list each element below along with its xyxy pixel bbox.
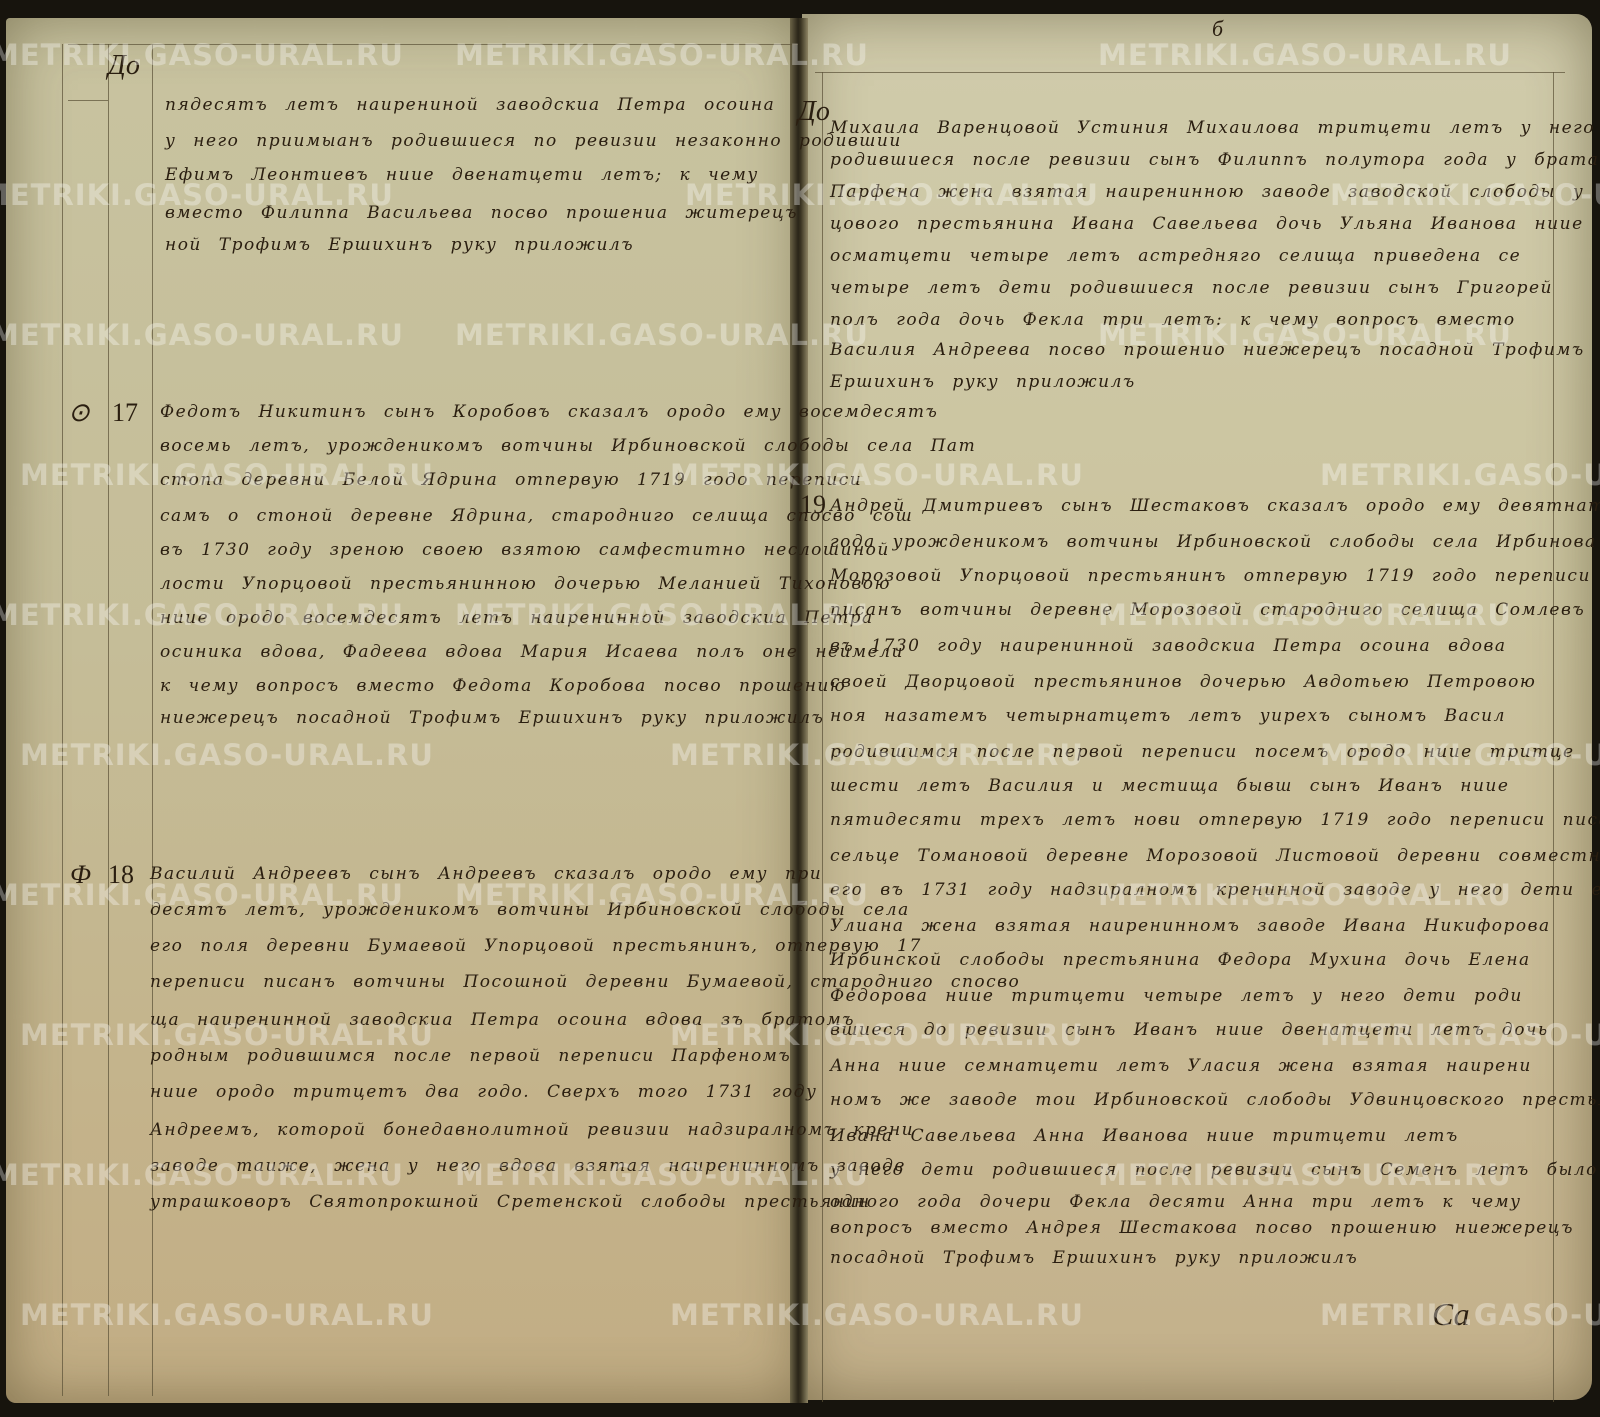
text-line: Улиана жена взятая наиренинномъ заводе И… [830,916,1551,936]
text-line: Парфена жена взятая наиренинною заводе з… [830,182,1600,202]
text-line: осиника вдова, Фадеева вдова Мария Исаев… [160,642,904,662]
entry-17-number: 17 [112,398,138,428]
text-line: года урожденикомъ вотчины Ирбиновской сл… [830,532,1600,552]
text-line: родившиеся после ревизии сынъ Филиппъ по… [830,150,1600,170]
text-line: восемь летъ, урожденикомъ вотчины Ирбино… [160,436,976,456]
text-line: посадной Трофимъ Ершихинъ руку приложилъ [830,1248,1358,1268]
text-line: родным родившимся после первой переписи … [150,1046,791,1066]
entry-18-margin-mark: Ф [70,860,91,890]
text-line: лости Упорцовой престьянинною дочерью Ме… [160,574,891,594]
left-inner-margin-rule [108,44,109,1396]
text-line: утрашковоръ Святопрокшной Сретенской сло… [150,1192,871,1212]
text-line: пядесятъ летъ наирениной заводскиа Петра… [165,95,775,115]
text-line: к чему вопросъ вместо Федота Коробова по… [160,676,846,696]
signature: Са [1432,1296,1470,1333]
right-outer-rule [1553,72,1554,1402]
entry-17-margin-mark: ⊙ [68,398,90,428]
text-line: вместо Филиппа Васильева посво прошениа … [165,203,798,223]
text-line: родившимся после первой переписи посемъ … [830,742,1575,762]
text-line: Ивана Савельева Анна Иванова ниие тритце… [830,1126,1459,1146]
text-line: Михаила Варенцовой Устиния Михаилова три… [830,118,1595,138]
text-line: полъ года дочь Фекла три летъ: к чему во… [830,310,1516,330]
left-top-rule [68,44,798,45]
text-line: ноя назатемъ четырнатцетъ летъ уирехъ сы… [830,706,1506,726]
right-top-rule [815,72,1565,73]
text-line: ной Трофимъ Ершихинъ руку приложилъ [165,235,634,255]
entry-19-number: 19 [800,490,826,520]
text-line: у него дети родившиеся после ревизии сын… [830,1160,1598,1180]
text-line: номъ же заводе тои Ирбиновской слободы У… [830,1090,1600,1110]
text-line: его въ 1731 году надзиралномъ кренинной … [830,880,1600,900]
text-line: четыре летъ дети родившиеся после ревизи… [830,278,1553,298]
text-line: шести летъ Василия и местища бывш сынъ И… [830,776,1509,796]
text-line: десятъ летъ, урожденикомъ вотчины Ирбино… [150,900,910,920]
text-line: осматцети четыре летъ астредняго селища … [830,246,1521,266]
right-header-mark: До [798,96,830,128]
right-corner-mark: б [1212,16,1223,42]
text-line: Федотъ Никитинъ сынъ Коробовъ сказалъ ор… [160,402,938,422]
text-line: ща наиренинной заводскиа Петра осоина вд… [150,1010,855,1030]
entry-18-number: 18 [108,860,134,890]
left-header-mark: До [108,50,140,82]
left-header-box-rule [68,100,108,101]
text-line: его поля деревни Бумаевой Упорцовой прес… [150,936,922,956]
text-line: вшиеся до ревизии сынъ Иванъ ниие двенат… [830,1020,1549,1040]
text-line: Морозовой Упорцовой престьянинъ отпервую… [830,566,1591,586]
text-line: Ирбинской слободы престьянина Федора Мух… [830,950,1531,970]
text-line: ниие ородо тритцетъ два годо. Сверхъ тог… [150,1082,817,1102]
text-line: ниие ородо восемдесятъ летъ наиренинной … [160,608,874,628]
text-line: Василий Андреевъ сынъ Андреевъ сказалъ о… [150,864,822,884]
text-line: у него приимыанъ родившиеся по ревизии н… [165,131,902,151]
text-line: одного года дочери Фекла десяти Анна три… [830,1192,1522,1212]
text-line: цового престьянина Ивана Савельева дочь … [830,214,1584,234]
text-line: сельце Томановой деревне Морозовой Листо… [830,846,1600,866]
text-line: Ефимъ Леонтиевъ ниие двенатцети летъ; к … [165,165,759,185]
text-line: Андреемъ, которой бонедавнолитной ревизи… [150,1120,914,1140]
text-line: Анна ниие семнатцети летъ Уласия жена вз… [830,1056,1532,1076]
text-line: своей Дворцовой престьянинов дочерью Авд… [830,672,1536,692]
text-line: Федорова ниие тритцети четыре летъ у нег… [830,986,1523,1006]
text-line: въ 1730 году зреною своею взятою самфест… [160,540,890,560]
text-line: вопросъ вместо Андрея Шестакова посво пр… [830,1218,1574,1238]
text-line: заводе таиже, жена у него вдова взятая н… [150,1156,906,1176]
left-outer-margin-rule [62,44,63,1396]
text-line: Ершихинъ руку приложилъ [830,372,1136,392]
text-line: Андрей Дмитриевъ сынъ Шестаковъ сказалъ … [830,496,1600,516]
text-line: Василия Андреева посво прошенио ниежерец… [830,340,1585,360]
text-line: ниежерецъ посадной Трофимъ Ершихинъ руку… [160,708,824,728]
text-line: писанъ вотчины деревне Морозовой стародн… [830,600,1585,620]
text-line: стопа деревни Белой Ядрина отпервую 1719… [160,470,862,490]
text-line: въ 1730 году наиренинной заводскиа Петра… [830,636,1507,656]
text-line: пятидесяти трехъ летъ нови отпервую 1719… [830,810,1600,830]
